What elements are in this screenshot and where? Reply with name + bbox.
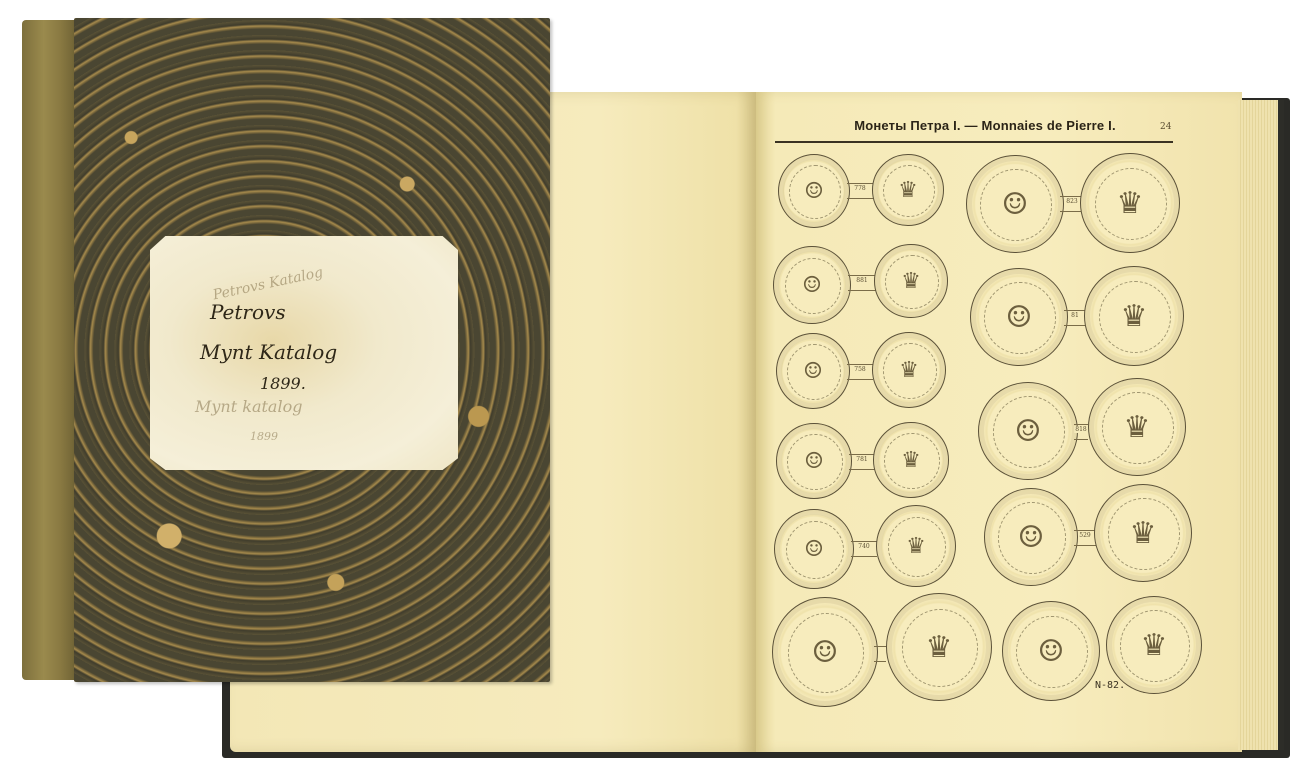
portrait-icon: ☺ <box>1003 602 1099 700</box>
double-eagle-icon: ♛ <box>1095 485 1191 581</box>
coin-number: 823 <box>1065 198 1078 205</box>
coin-obverse: ☺ <box>978 382 1078 480</box>
portrait-icon: ☺ <box>971 269 1067 365</box>
double-eagle-icon: ♛ <box>874 423 948 497</box>
coin-reverse: ♛ <box>872 332 946 408</box>
coin-reverse: ♛ <box>1088 378 1186 476</box>
coin-obverse: ☺ <box>776 333 850 409</box>
coin-pair-link: 881 <box>848 275 876 291</box>
portrait-icon: ☺ <box>985 489 1077 585</box>
label-owner-name: Petrovs <box>210 300 286 324</box>
coin-obverse: ☺ <box>776 423 852 499</box>
portrait-icon: ☺ <box>779 155 849 227</box>
coin-reverse: ♛ <box>876 505 956 587</box>
label-year: 1899. <box>260 374 306 393</box>
coin-pair-link: 740 <box>851 541 877 557</box>
coin-pair-link: 81 <box>1064 310 1086 326</box>
portrait-icon: ☺ <box>775 510 853 588</box>
coin-reverse: ♛ <box>873 422 949 498</box>
coin-obverse: ☺ <box>966 155 1064 253</box>
double-eagle-icon: ♛ <box>873 155 943 225</box>
page-header-title: Монеты Петра I. — Monnaies de Pierre I. <box>820 118 1150 133</box>
coin-number: 778 <box>853 185 866 192</box>
coin-obverse: ☺ <box>984 488 1078 586</box>
book-spine <box>22 20 76 680</box>
label-faint-text: Mynt katalog <box>195 397 302 416</box>
double-eagle-icon: ♛ <box>1081 154 1179 252</box>
coin-reverse: ♛ <box>872 154 944 226</box>
label-title: Mynt Katalog <box>200 340 337 364</box>
coin-obverse: ☺ <box>774 509 854 589</box>
coin-obverse: ☺ <box>778 154 850 228</box>
double-eagle-icon: ♛ <box>875 245 947 317</box>
double-eagle-icon: ♛ <box>1085 267 1183 365</box>
coin-obverse: ☺ <box>773 246 851 324</box>
double-eagle-icon: ♛ <box>873 333 945 407</box>
coin-number: 740 <box>857 543 870 550</box>
double-eagle-icon: ♛ <box>887 594 991 700</box>
portrait-icon: ☺ <box>773 598 877 706</box>
page-number: 24 <box>1160 122 1171 132</box>
coin-reverse: ♛ <box>1084 266 1184 366</box>
portrait-icon: ☺ <box>777 424 851 498</box>
label-faint-text: 1899 <box>250 430 278 443</box>
coin-number: 881 <box>855 277 868 284</box>
double-eagle-icon: ♛ <box>1107 597 1201 693</box>
portrait-icon: ☺ <box>777 334 849 408</box>
coin-obverse: ☺ <box>1002 601 1100 701</box>
coin-number: 758 <box>853 366 866 373</box>
coin-reverse: ♛ <box>1094 484 1192 582</box>
coin-number: 529 <box>1078 532 1091 539</box>
portrait-icon: ☺ <box>967 156 1063 252</box>
coin-pair-link: 758 <box>847 364 873 380</box>
coin-obverse: ☺ <box>772 597 878 707</box>
coin-reverse: ♛ <box>886 593 992 701</box>
plate-number: N-82. <box>1095 680 1125 691</box>
double-eagle-icon: ♛ <box>877 506 955 586</box>
double-eagle-icon: ♛ <box>1089 379 1185 475</box>
coin-reverse: ♛ <box>1080 153 1180 253</box>
coin-pair-link: 529 <box>1074 530 1096 546</box>
coin-number: 781 <box>855 456 868 463</box>
header-rule <box>775 141 1173 143</box>
portrait-icon: ☺ <box>979 383 1077 479</box>
coin-reverse: ♛ <box>874 244 948 318</box>
coin-pair-link: 781 <box>849 454 875 470</box>
page-edges <box>1238 100 1284 750</box>
coin-obverse: ☺ <box>970 268 1068 366</box>
coin-pair-link: 818 <box>1074 424 1088 440</box>
coin-number: 818 <box>1074 426 1087 433</box>
coin-pair-link <box>874 646 886 662</box>
coin-number: 81 <box>1070 312 1080 319</box>
portrait-icon: ☺ <box>774 247 850 323</box>
coin-pair-link: 778 <box>847 183 873 199</box>
